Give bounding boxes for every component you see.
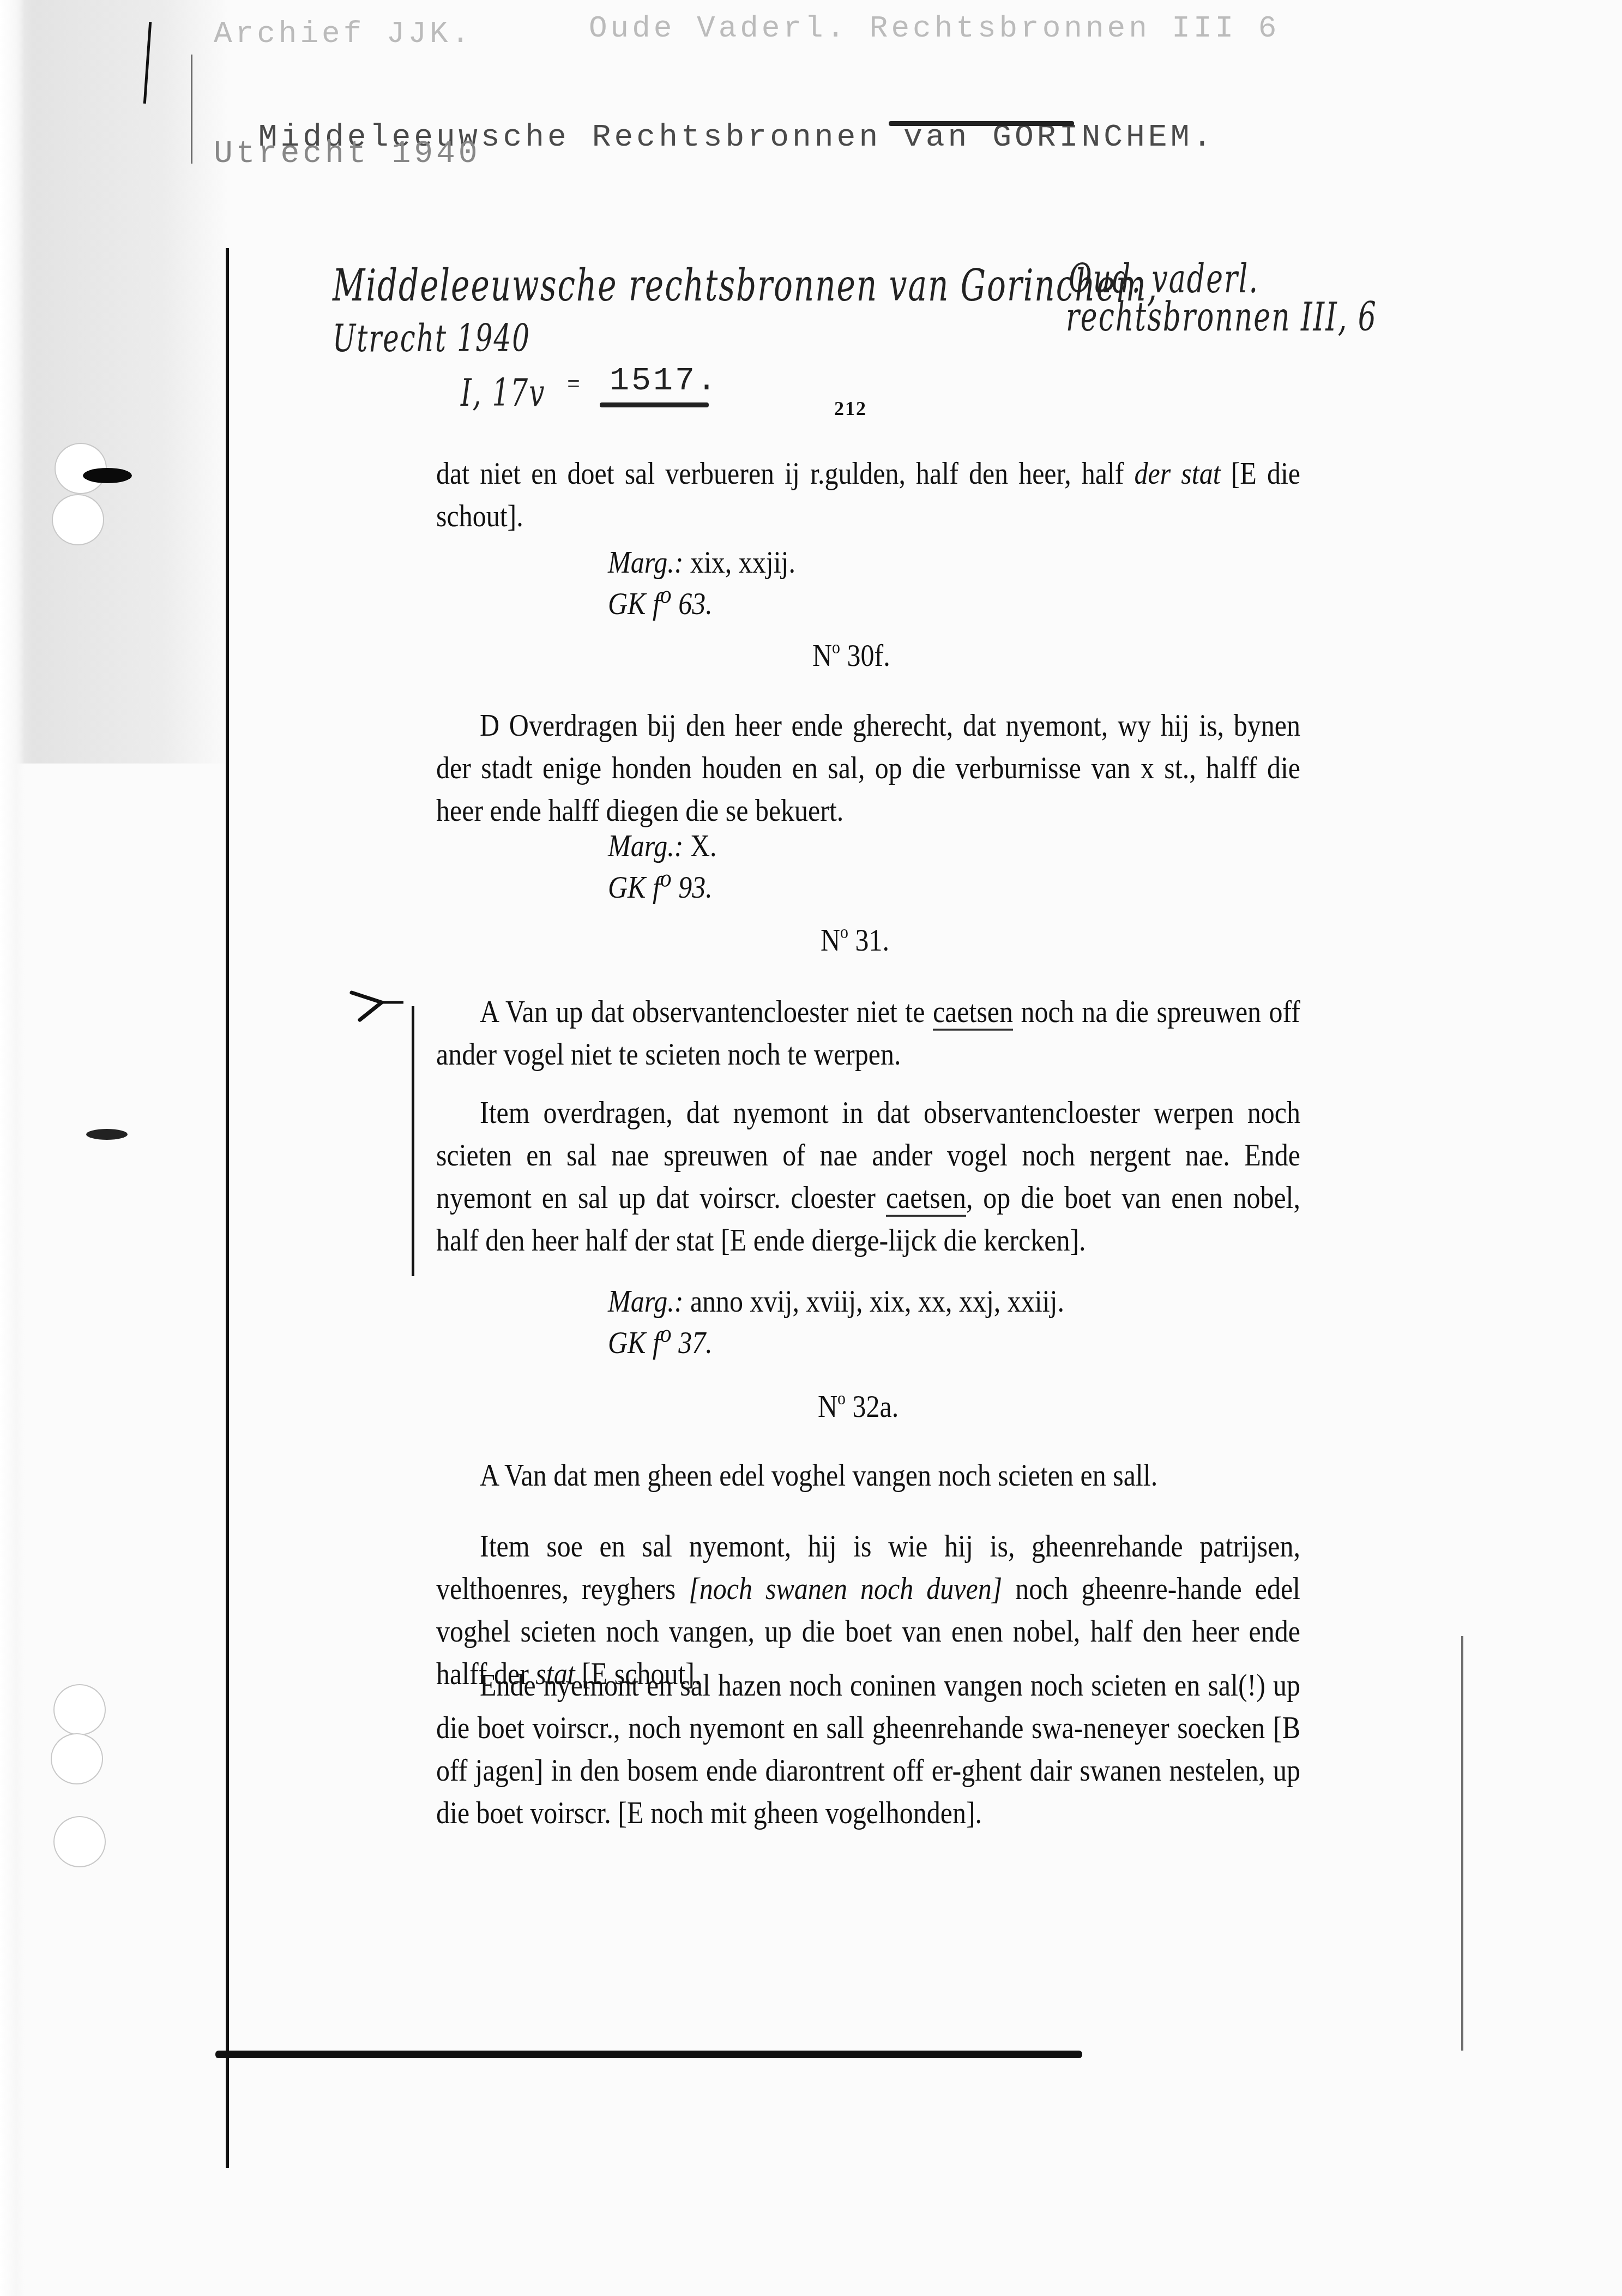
section-number-30f: No 30f. (812, 637, 890, 674)
punch-hole (53, 1816, 106, 1867)
section-32a-title: A Van dat men gheen edel voghel vangen n… (436, 1453, 1300, 1496)
margin-bracket (412, 1006, 414, 1276)
place-year: Utrecht 1940 (214, 136, 481, 172)
section-31-title: A Van up dat observantencloester niet te… (436, 990, 1300, 1075)
title-underline (889, 121, 1074, 126)
gk-folio: GK fo 63. (608, 573, 713, 625)
scan-shadow (0, 0, 229, 764)
arrow-right-icon (349, 987, 414, 1031)
ink-blot (86, 1129, 128, 1140)
punch-hole (51, 1733, 103, 1784)
folio-year: 1517. (610, 363, 719, 400)
gk-folio: GK fo 37. (608, 1312, 713, 1364)
archive-label: Archief JJK. (214, 16, 473, 51)
folio-year-underline (600, 402, 709, 407)
continuation-paragraph: dat niet en doet sal verbueren ij r.guld… (436, 452, 1300, 537)
section-31-paragraph: Item overdragen, dat nyemont in dat obse… (436, 1091, 1300, 1261)
scan-edge (0, 0, 25, 2296)
page-number: 212 (834, 397, 867, 420)
handwritten-right-2: rechtsbronnen III, 6 (1066, 294, 1377, 340)
punch-hole (52, 494, 104, 545)
handwritten-place-year: Utrecht 1940 (333, 316, 530, 360)
folio-equals: = (567, 374, 583, 398)
handwritten-folio-ref: I, 17v (461, 371, 545, 415)
ink-blot (83, 468, 132, 483)
series-label: Oude Vaderl. Rechtsbronnen III 6 (589, 11, 1280, 46)
section-32a-paragraph-2: Ende nyemont en sal hazen noch coninen v… (436, 1663, 1300, 1834)
frame-bottom (215, 2051, 1082, 2058)
punch-hole (53, 1684, 106, 1735)
section-30f-paragraph: D Overdragen bij den heer ende gherecht,… (436, 704, 1300, 832)
section-number-31: No 31. (821, 922, 889, 958)
handwritten-source: Middeleeuwsche rechtsbronnen van Gorinch… (333, 259, 1158, 311)
frame-right (1461, 1636, 1463, 2051)
gk-folio: GK fo 93. (608, 856, 713, 909)
scan-mark (191, 55, 192, 164)
frame-left (226, 248, 229, 2168)
section-number-32a: No 32a. (818, 1388, 899, 1425)
